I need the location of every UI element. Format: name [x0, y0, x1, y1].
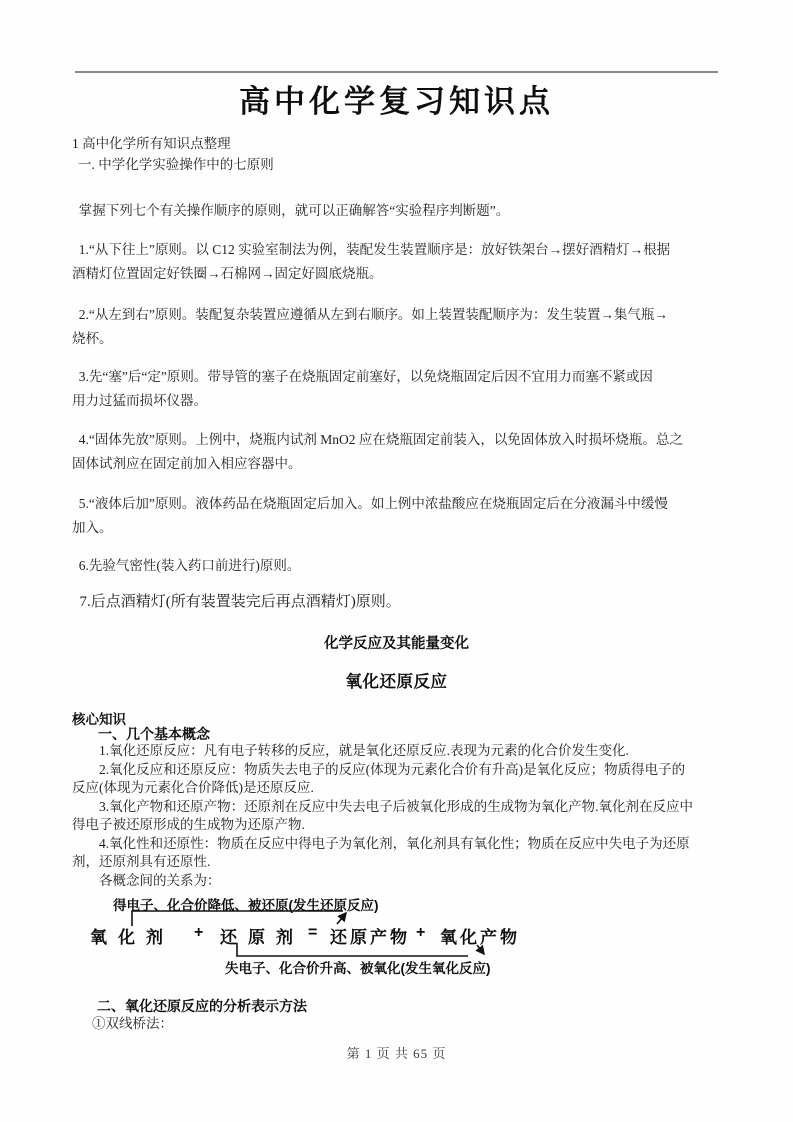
title-divider [75, 71, 718, 73]
principle-5: 5.“液体后加”原则。液体药品在烧瓶固定后加入。如上例中浓盐酸应在烧瓶固定后在分… [72, 492, 736, 540]
intro-block: 1 高中化学所有知识点整理 一. 中学化学实验操作中的七原则 [72, 134, 736, 175]
page-number: 第 1 页 共 65 页 [0, 1043, 793, 1062]
document-page: 高中化学复习知识点 1 高中化学所有知识点整理 一. 中学化学实验操作中的七原则… [0, 0, 793, 1122]
principle-7: 7.后点酒精灯(所有装置装完后再点酒精灯)原则。 [72, 590, 736, 614]
section-heading: 氧化还原反应 [0, 668, 793, 692]
chapter-heading: 化学反应及其能量变化 [0, 632, 793, 653]
principle-1: 1.“从下往上”原则。以 C12 实验室制法为例，装配发生装置顺序是：放好铁架台… [72, 238, 736, 286]
principle-6: 6.先验气密性(装入药口前进行)原则。 [72, 554, 736, 578]
principle-3: 3.先“塞”后“定”原则。带导管的塞子在烧瓶固定前塞好，以免烧瓶固定后因不宜用力… [72, 365, 736, 413]
method-double-bridge: ①双线桥法： [92, 1012, 756, 1036]
principle-4: 4.“固体先放”原则。上例中，烧瓶内试剂 MnO2 应在烧瓶固定前装入，以免固体… [72, 428, 736, 476]
subheading-basic-concepts: 一、几个基本概念 [98, 724, 210, 744]
intro-line-2: 一. 中学化学实验操作中的七原则 [72, 155, 736, 176]
document-title: 高中化学复习知识点 [0, 76, 793, 121]
diagram-bottom-label: 失电子、化合价升高、被氧化(发生氧化反应) [225, 957, 491, 977]
lead-paragraph: 掌握下列七个有关操作顺序的原则，就可以正确解答“实验程序判断题”。 [72, 199, 736, 223]
intro-line-1: 1 高中化学所有知识点整理 [72, 134, 736, 155]
concepts-paragraph: 1.氧化还原反应：凡有电子转移的反应，就是氧化还原反应.表现为元素的化合价发生变… [72, 742, 736, 890]
principle-2: 2.“从左到右”原则。装配复杂装置应遵循从左到右顺序。如上装置装配顺序为：发生装… [72, 303, 736, 351]
